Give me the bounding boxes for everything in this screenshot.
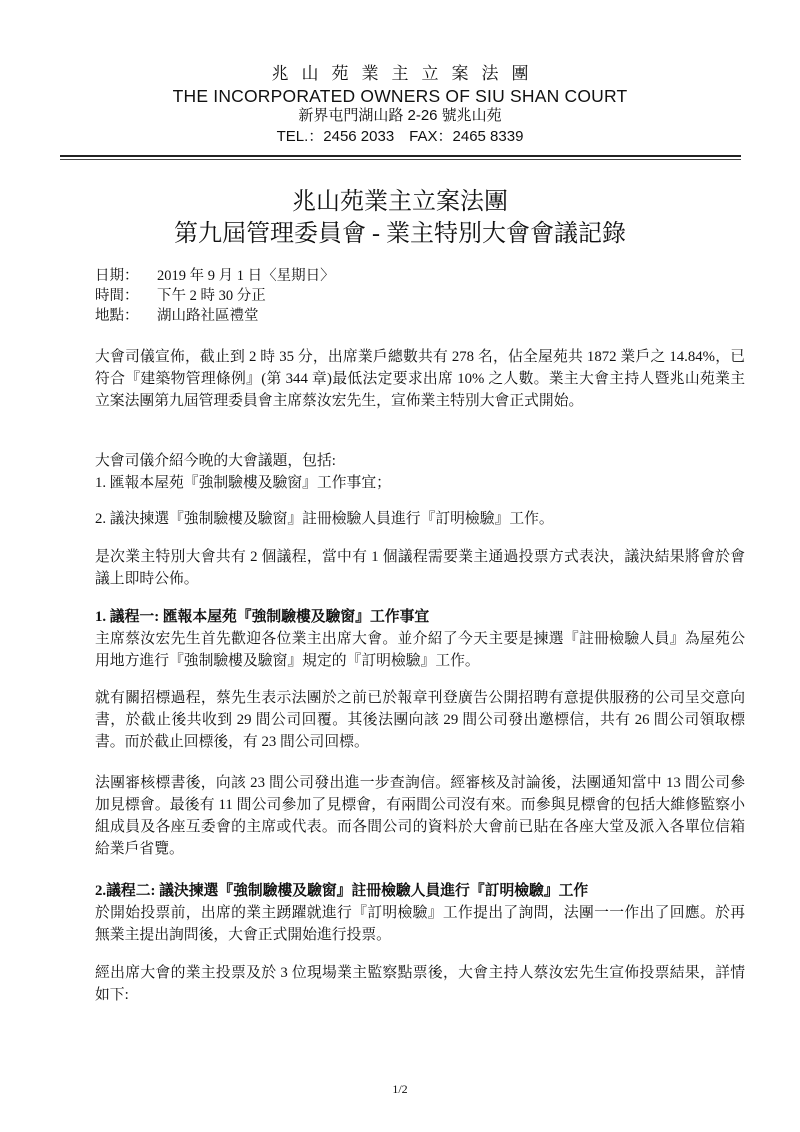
opening-text: 大會司儀宣佈，截止到 2 時 35 分，出席業戶總數共有 278 名，佔全屋苑共… <box>95 346 745 412</box>
letterhead: 兆山苑業主立案法團 THE INCORPORATED OWNERS OF SIU… <box>0 62 800 147</box>
section-2-paragraph-2: 經出席大會的業主投票及於 3 位現場業主監察點票後，大會主持人蔡汝宏先生宣佈投票… <box>95 962 745 1006</box>
document-page: 兆山苑業主立案法團 THE INCORPORATED OWNERS OF SIU… <box>0 0 800 1132</box>
header-divider-thin <box>60 159 741 160</box>
agenda-item-1: 1. 匯報本屋苑『強制驗樓及驗窗』工作事宜； <box>95 472 745 494</box>
section-2-heading: 2.議程二: 議決揀選『強制驗樓及驗窗』註冊檢驗人員進行『訂明檢驗』工作 <box>95 880 745 902</box>
letterhead-name-en: THE INCORPORATED OWNERS OF SIU SHAN COUR… <box>0 86 800 106</box>
agenda-intro: 大會司儀介紹今晚的大會議題，包括: <box>95 450 745 472</box>
section-1-tender: 就有關招標過程，蔡先生表示法團於之前已於報章刊登廣告公開招聘有意提供服務的公司呈… <box>95 687 745 753</box>
title-line-1: 兆山苑業主立案法團 <box>0 186 800 218</box>
letterhead-address: 新界屯門湖山路 2-26 號兆山苑 <box>0 106 800 126</box>
letterhead-contact: TEL.：2456 2033 FAX：2465 8339 <box>0 126 800 147</box>
document-title: 兆山苑業主立案法團 第九屆管理委員會 - 業主特別大會會議記錄 <box>0 186 800 250</box>
agenda-list: 大會司儀介紹今晚的大會議題，包括: 1. 匯報本屋苑『強制驗樓及驗窗』工作事宜；… <box>95 450 745 530</box>
meta-venue-value: 湖山路社區禮堂 <box>157 306 259 326</box>
agenda-item-2: 2. 議決揀選『強制驗樓及驗窗』註冊檢驗人員進行『訂明檢驗』工作。 <box>95 508 745 530</box>
section-1-paragraph-1: 主席蔡汝宏先生首先歡迎各位業主出席大會。並介紹了今天主要是揀選『註冊檢驗人員』為… <box>95 628 745 672</box>
agenda-summary: 是次業主特別大會共有 2 個議程，當中有 1 個議程需要業主通過投票方式表決，議… <box>95 546 745 590</box>
meta-time-value: 下午 2 時 30 分正 <box>157 286 266 306</box>
section-1-review: 法團審核標書後，向該 23 間公司發出進一步查詢信。經審核及討論後，法團通知當中… <box>95 772 745 860</box>
agenda-summary-text: 是次業主特別大會共有 2 個議程，當中有 1 個議程需要業主通過投票方式表決，議… <box>95 546 745 590</box>
section-2: 2.議程二: 議決揀選『強制驗樓及驗窗』註冊檢驗人員進行『訂明檢驗』工作 於開始… <box>95 880 745 946</box>
meta-date-label: 日期： <box>95 266 157 286</box>
page-number: 1/2 <box>0 1082 800 1097</box>
meta-venue: 地點： 湖山路社區禮堂 <box>95 306 335 326</box>
title-line-2: 第九屆管理委員會 - 業主特別大會會議記錄 <box>0 218 800 250</box>
section-2-result: 經出席大會的業主投票及於 3 位現場業主監察點票後，大會主持人蔡汝宏先生宣佈投票… <box>95 962 745 1006</box>
meta-venue-label: 地點： <box>95 306 157 326</box>
meta-time: 時間： 下午 2 時 30 分正 <box>95 286 335 306</box>
section-2-paragraph-1: 於開始投票前，出席的業主踴躍就進行『訂明檢驗』工作提出了詢問，法團一一作出了回應… <box>95 902 745 946</box>
section-1: 1. 議程一: 匯報本屋苑『強制驗樓及驗窗』工作事宜 主席蔡汝宏先生首先歡迎各位… <box>95 606 745 672</box>
opening-paragraph: 大會司儀宣佈，截止到 2 時 35 分，出席業戶總數共有 278 名，佔全屋苑共… <box>95 346 745 412</box>
section-1-paragraph-3: 法團審核標書後，向該 23 間公司發出進一步查詢信。經審核及討論後，法團通知當中… <box>95 772 745 860</box>
meta-time-label: 時間： <box>95 286 157 306</box>
section-1-heading: 1. 議程一: 匯報本屋苑『強制驗樓及驗窗』工作事宜 <box>95 606 745 628</box>
meta-date: 日期： 2019 年 9 月 1 日〈星期日〉 <box>95 266 335 286</box>
letterhead-name-cn: 兆山苑業主立案法團 <box>0 62 800 86</box>
section-1-paragraph-2: 就有關招標過程，蔡先生表示法團於之前已於報章刊登廣告公開招聘有意提供服務的公司呈… <box>95 687 745 753</box>
meeting-meta: 日期： 2019 年 9 月 1 日〈星期日〉 時間： 下午 2 時 30 分正… <box>95 266 335 326</box>
header-divider-thick <box>60 155 741 157</box>
meta-date-value: 2019 年 9 月 1 日〈星期日〉 <box>157 266 335 286</box>
